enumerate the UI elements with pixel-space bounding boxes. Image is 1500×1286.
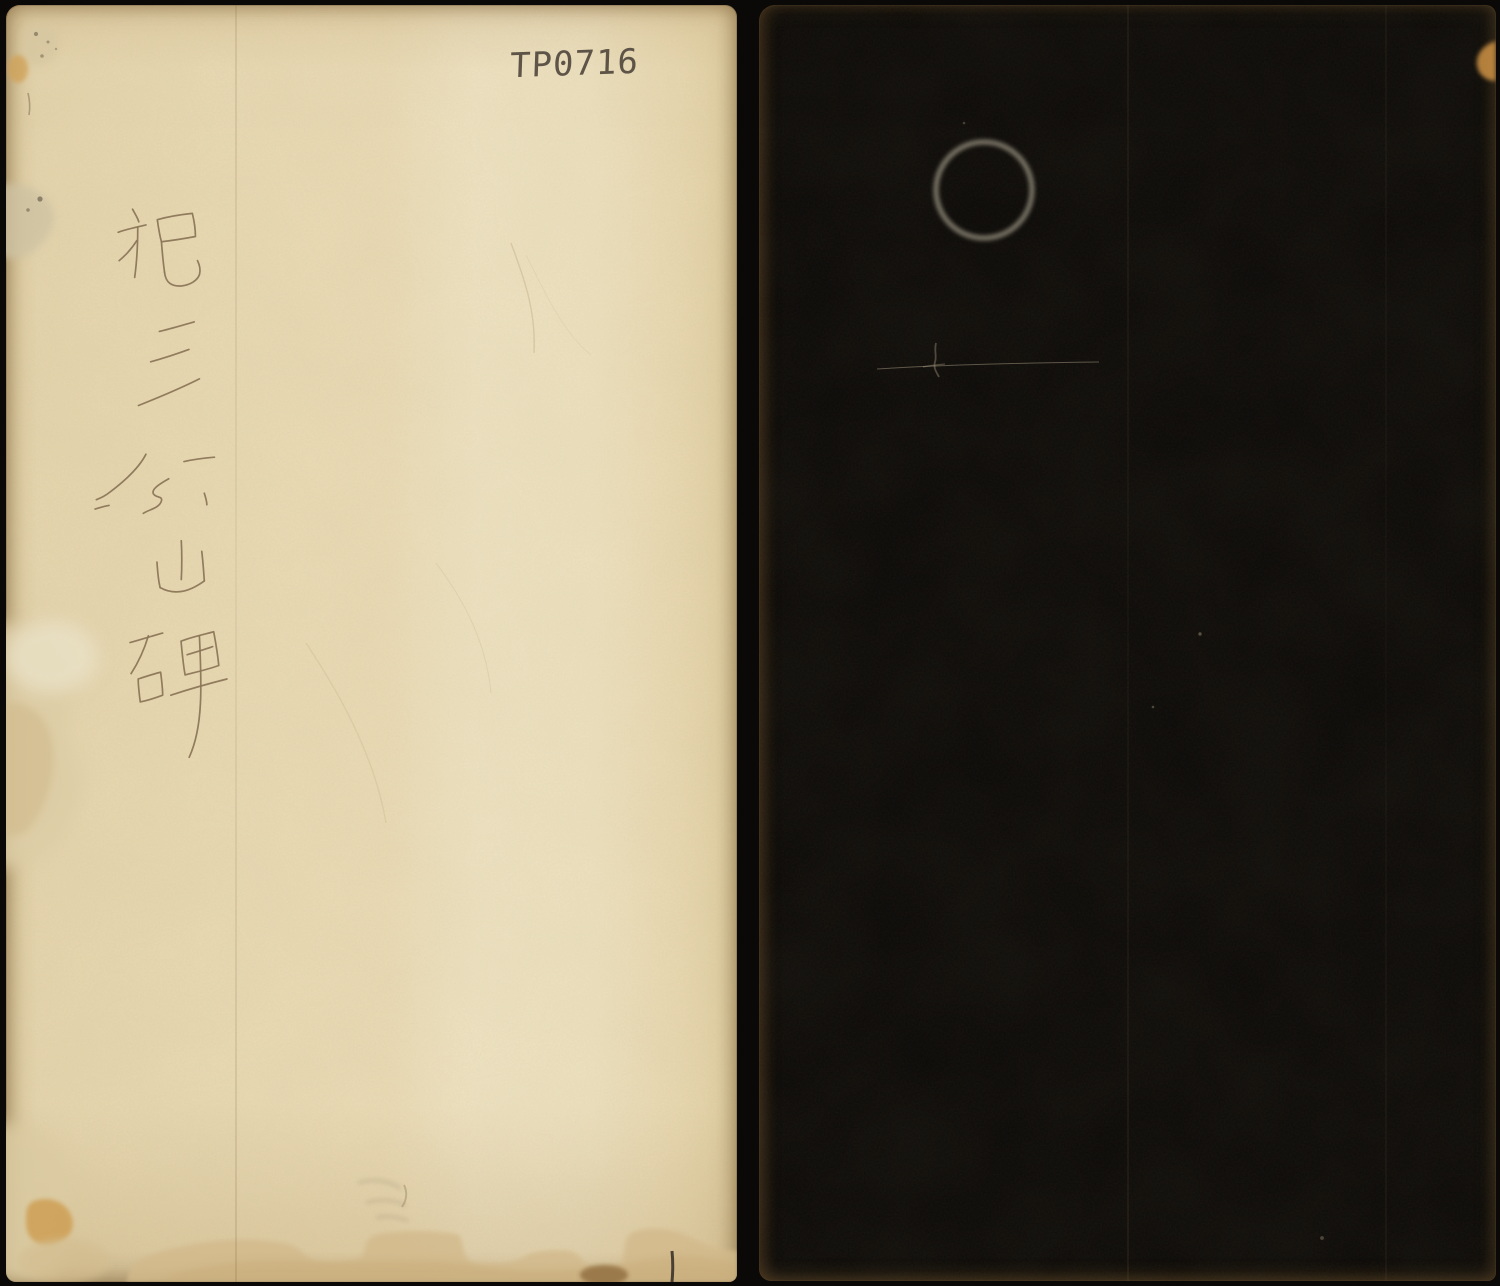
handwritten-char-bei: 碑 (128, 625, 230, 760)
left-page-stains (6, 5, 737, 1282)
bottom-waterstain (126, 1228, 737, 1282)
handwritten-char-san: 三 (135, 320, 222, 415)
paper-grain-texture (6, 5, 737, 1282)
right-page (759, 5, 1496, 1281)
scanned-album-spread: TP0716 祀 三 (0, 0, 1500, 1286)
left-page: TP0716 祀 三 (6, 5, 737, 1282)
char-text: 山 (148, 538, 160, 550)
dark-edge-spot (580, 1265, 628, 1282)
ink-dash (672, 1251, 673, 1282)
handwritten-char-si: 祀 (112, 205, 215, 310)
grey-edge-stain (6, 184, 54, 258)
paper-grain-texture (759, 5, 1496, 1281)
char-text: 碑 (128, 625, 140, 637)
vertical-fold (1127, 5, 1129, 1281)
char-shan-strokes (148, 538, 212, 605)
char-text: 三 (135, 320, 147, 332)
left-edge-stain (6, 622, 82, 868)
vertical-fold (1385, 5, 1387, 1281)
orange-edge-stain (1477, 41, 1496, 81)
handwritten-title-column: 祀 三 公 (6, 5, 737, 1282)
char-si-strokes (112, 205, 215, 310)
char-bei-strokes (128, 625, 230, 760)
orange-core-stain (26, 1199, 73, 1245)
char-san-strokes (135, 320, 222, 415)
vertical-crease (235, 5, 237, 1282)
char-gong-strokes (90, 450, 217, 522)
orange-corner-stain (8, 55, 28, 83)
handwritten-char-gong: 公 (90, 450, 217, 522)
char-text: 祀 (112, 205, 124, 217)
catalog-number-label: TP0716 (509, 45, 639, 84)
handwritten-char-shan: 山 (148, 538, 212, 605)
char-text: 公 (90, 450, 102, 462)
right-page-marks (759, 5, 1496, 1281)
pencil-squiggle (934, 343, 939, 377)
